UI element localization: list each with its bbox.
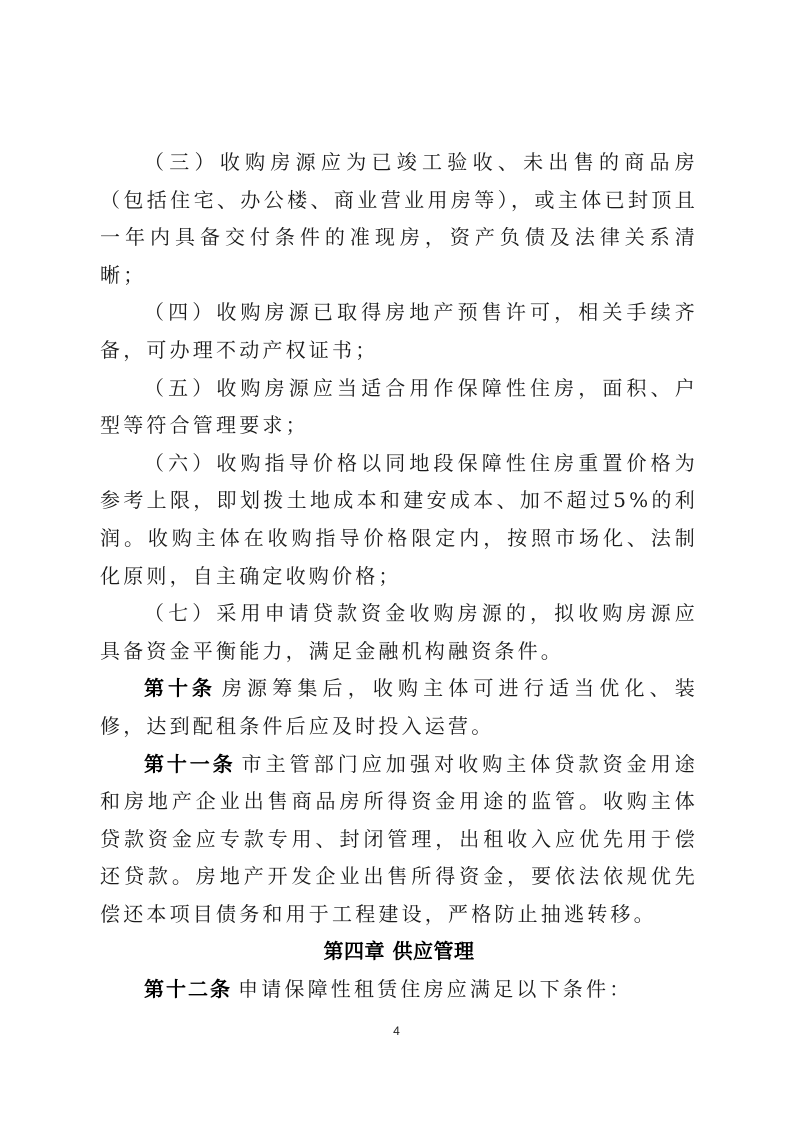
paragraph-text: （三）收购房源应为已竣工验收、未出售的商品房（包括住宅、办公楼、商业营业用房等）… [100,150,698,287]
chapter-heading: 第四章 供应管理 [100,933,698,971]
paragraph-text: （五）收购房源应当适合用作保障性住房，面积、户型等符合管理要求； [100,376,698,438]
paragraph-item-5: （五）收购房源应当适合用作保障性住房，面积、户型等符合管理要求； [100,370,698,445]
paragraph-item-4: （四）收购房源已取得房地产预售许可，相关手续齐备，可办理不动产权证书； [100,294,698,369]
document-page: （三）收购房源应为已竣工验收、未出售的商品房（包括住宅、办公楼、商业营业用房等）… [100,144,698,1009]
page-number: 4 [0,1024,793,1038]
paragraph-item-3: （三）收购房源应为已竣工验收、未出售的商品房（包括住宅、办公楼、商业营业用房等）… [100,144,698,294]
paragraph-text: （六）收购指导价格以同地段保障性住房重置价格为参考上限，即划拨土地成本和建安成本… [100,451,698,588]
article-label: 第十条 [144,676,216,700]
article-text: 申请保障性租赁住房应满足以下条件： [238,977,632,1001]
article-label: 第十二条 [144,977,232,1001]
article-12: 第十二条申请保障性租赁住房应满足以下条件： [100,971,698,1009]
article-text: 市主管部门应加强对收购主体贷款资金用途和房地产企业出售商品房所得资金用途的监管。… [100,752,698,926]
paragraph-item-7: （七）采用申请贷款资金收购房源的，拟收购房源应具备资金平衡能力，满足金融机构融资… [100,595,698,670]
paragraph-text: （七）采用申请贷款资金收购房源的，拟收购房源应具备资金平衡能力，满足金融机构融资… [100,601,698,663]
article-10: 第十条房源筹集后，收购主体可进行适当优化、装修，达到配租条件后应及时投入运营。 [100,670,698,745]
paragraph-text: （四）收购房源已取得房地产预售许可，相关手续齐备，可办理不动产权证书； [100,300,698,362]
article-11: 第十一条市主管部门应加强对收购主体贷款资金用途和房地产企业出售商品房所得资金用途… [100,746,698,934]
article-label: 第十一条 [144,752,236,776]
paragraph-item-6: （六）收购指导价格以同地段保障性住房重置价格为参考上限，即划拨土地成本和建安成本… [100,445,698,595]
